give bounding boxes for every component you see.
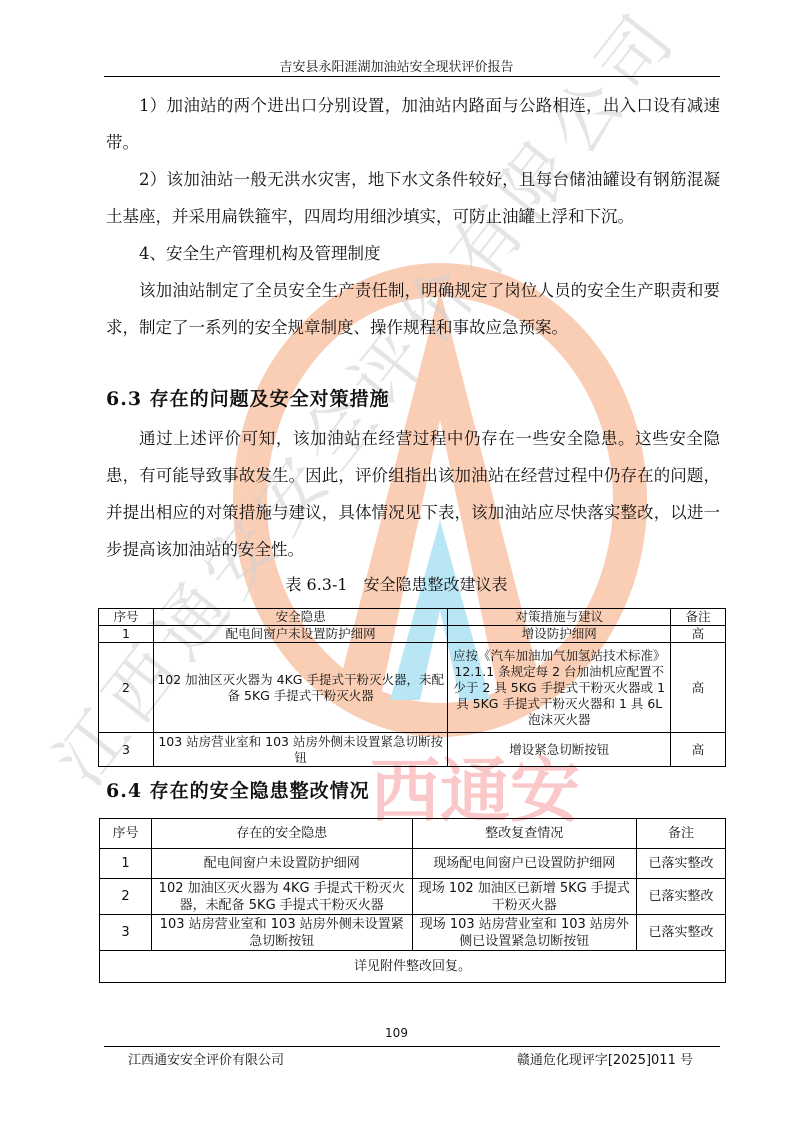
table-row: 1 配电间窗户未设置防护细网 现场配电间窗户已设置防护细网 已落实整改 [100, 849, 726, 879]
col-header-index: 序号 [99, 609, 154, 626]
section-6-4-heading: 6.4 存在的安全隐患整改情况 [106, 776, 370, 803]
cell-remark: 高 [671, 626, 726, 643]
cell-remark: 已落实整改 [637, 879, 726, 915]
table-row: 3 103 站房营业室和 103 站房外侧未设置紧急切断按钮 现场 103 站房… [100, 915, 726, 951]
cell-index: 2 [99, 643, 154, 733]
hazard-recommendation-table: 序号 安全隐患 对策措施与建议 备注 1 配电间窗户未设置防护细网 增设防护细网… [98, 608, 726, 767]
table-row: 2 102 加油区灭火器为 4KG 手提式干粉灭火器，未配备 5KG 手提式干粉… [99, 643, 726, 733]
col-header-hazard: 存在的安全隐患 [151, 819, 412, 849]
section-6-3-body: 通过上述评价可知，该加油站在经营过程中仍存在一些安全隐患。这些安全隐患，有可能导… [106, 420, 720, 568]
footer-note: 详见附件整改回复。 [100, 951, 726, 983]
rectification-status-table: 序号 存在的安全隐患 整改复查情况 备注 1 配电间窗户未设置防护细网 现场配电… [99, 818, 726, 983]
cell-hazard: 102 加油区灭火器为 4KG 手提式干粉灭火器，未配备 5KG 手提式干粉灭火… [153, 643, 447, 733]
page-number: 109 [0, 1026, 793, 1040]
footer-rule [104, 1046, 720, 1047]
cell-remark: 已落实整改 [637, 849, 726, 879]
table-row: 3 103 站房营业室和 103 站房外侧未设置紧急切断按钮 增设紧急切断按钮 … [99, 733, 726, 767]
col-header-review: 整改复查情况 [412, 819, 637, 849]
cell-remark: 已落实整改 [637, 915, 726, 951]
col-header-index: 序号 [100, 819, 152, 849]
paragraph-flood: 2）该加油站一般无洪水灾害，地下水文条件较好，且每台储油罐设有钢筋混凝土基座，并… [106, 161, 720, 235]
footer-company: 江西通安安全评价有限公司 [128, 1049, 284, 1068]
cell-remark: 高 [671, 733, 726, 767]
cell-review: 现场配电间窗户已设置防护细网 [412, 849, 637, 879]
paragraph-entrances: 1）加油站的两个进出口分别设置，加油站内路面与公路相连，出入口设有减速带。 [106, 87, 720, 161]
cell-hazard: 103 站房营业室和 103 站房外侧未设置紧急切断按钮 [153, 733, 447, 767]
col-header-remark: 备注 [671, 609, 726, 626]
paragraph-management: 该加油站制定了全员安全生产责任制，明确规定了岗位人员的安全生产职责和要求，制定了… [106, 272, 720, 346]
header-title: 吉安县永阳涯湖加油站安全现状评价报告 [0, 56, 793, 75]
paragraph-6-3: 通过上述评价可知，该加油站在经营过程中仍存在一些安全隐患。这些安全隐患，有可能导… [106, 420, 720, 568]
cell-index: 3 [99, 733, 154, 767]
footer-doc-number: 赣通危化现评字[2025]011 号 [517, 1049, 693, 1068]
table-row: 2 102 加油区灭火器为 4KG 手提式干粉灭火器，未配备 5KG 手提式干粉… [100, 879, 726, 915]
paragraph-management-title: 4、安全生产管理机构及管理制度 [106, 235, 720, 272]
cell-measure: 应按《汽车加油加气加氢站技术标准》12.1.1 条规定每 2 台加油机应配置不少… [448, 643, 671, 733]
cell-measure: 增设紧急切断按钮 [448, 733, 671, 767]
body-paragraphs: 1）加油站的两个进出口分别设置，加油站内路面与公路相连，出入口设有减速带。 2）… [106, 87, 720, 346]
col-header-remark: 备注 [637, 819, 726, 849]
table-header-row: 序号 存在的安全隐患 整改复查情况 备注 [100, 819, 726, 849]
cell-hazard: 102 加油区灭火器为 4KG 手提式干粉灭火器，未配备 5KG 手提式干粉灭火… [151, 879, 412, 915]
cell-review: 现场 103 站房营业室和 103 站房外侧已设置紧急切断按钮 [412, 915, 637, 951]
cell-index: 1 [100, 849, 152, 879]
table-row: 1 配电间窗户未设置防护细网 增设防护细网 高 [99, 626, 726, 643]
table-footer-row: 详见附件整改回复。 [100, 951, 726, 983]
col-header-measure: 对策措施与建议 [448, 609, 671, 626]
header-rule [104, 76, 720, 77]
cell-index: 3 [100, 915, 152, 951]
cell-hazard: 103 站房营业室和 103 站房外侧未设置紧急切断按钮 [151, 915, 412, 951]
cell-review: 现场 102 加油区已新增 5KG 手提式干粉灭火器 [412, 879, 637, 915]
section-6-3-heading: 6.3 存在的问题及安全对策措施 [106, 384, 390, 411]
cell-remark: 高 [671, 643, 726, 733]
cell-measure: 增设防护细网 [448, 626, 671, 643]
table-caption: 表 6.3-1 安全隐患整改建议表 [0, 572, 793, 595]
cell-index: 2 [100, 879, 152, 915]
col-header-hazard: 安全隐患 [153, 609, 447, 626]
cell-hazard: 配电间窗户未设置防护细网 [153, 626, 447, 643]
cell-index: 1 [99, 626, 154, 643]
table-header-row: 序号 安全隐患 对策措施与建议 备注 [99, 609, 726, 626]
cell-hazard: 配电间窗户未设置防护细网 [151, 849, 412, 879]
